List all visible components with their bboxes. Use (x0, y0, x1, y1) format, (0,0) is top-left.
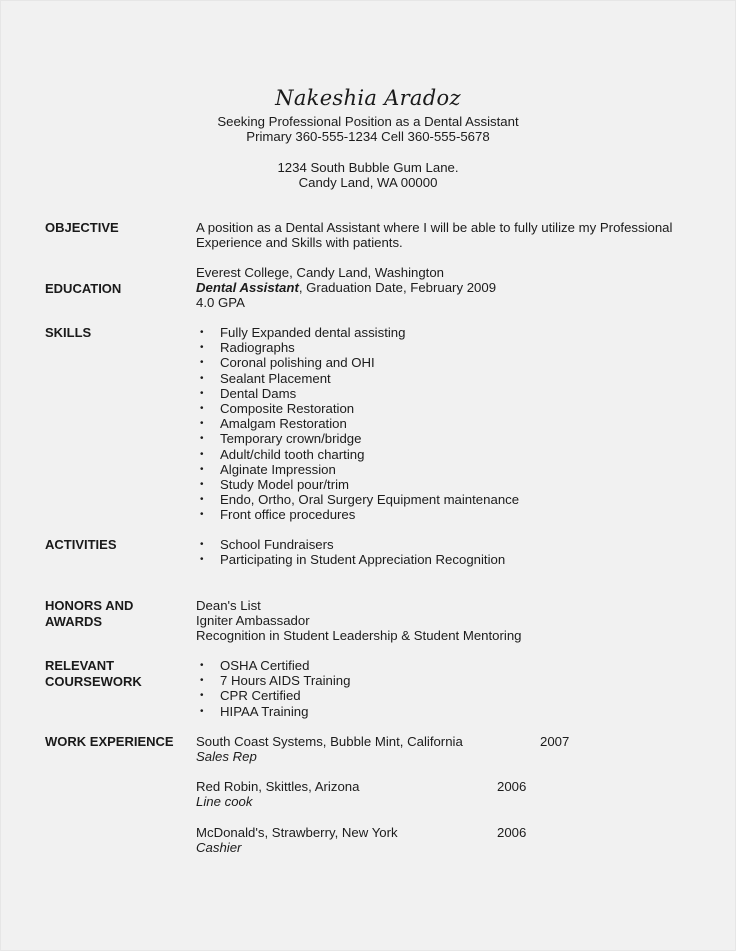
bullet-icon: • (200, 416, 204, 431)
skill-item: •Alginate Impression (196, 462, 519, 477)
section-label-work-experience: WORK EXPERIENCE (45, 734, 174, 750)
job-employer: McDonald's, Strawberry, New York (196, 825, 398, 840)
bullet-icon: • (200, 401, 204, 416)
skill-item: •Dental Dams (196, 386, 519, 401)
bullet-icon: • (200, 477, 204, 492)
skill-item-text: Coronal polishing and OHI (220, 355, 375, 370)
coursework-item-text: HIPAA Training (220, 704, 308, 719)
bullet-icon: • (200, 704, 204, 719)
bullet-icon: • (200, 462, 204, 477)
activity-item-text: School Fundraisers (220, 537, 334, 552)
skill-item-text: Dental Dams (220, 386, 296, 401)
honor-item: Dean's List (196, 598, 522, 613)
skills-list: •Fully Expanded dental assisting•Radiogr… (196, 325, 519, 523)
bullet-icon: • (200, 340, 204, 355)
bullet-icon: • (200, 552, 204, 567)
bullet-icon: • (200, 371, 204, 386)
bullet-icon: • (200, 492, 204, 507)
skill-item: •Study Model pour/trim (196, 477, 519, 492)
phone-numbers: Primary 360-555-1234 Cell 360-555-5678 (0, 129, 736, 144)
objective-line: Experience and Skills with patients. (196, 235, 672, 250)
bullet-icon: • (200, 447, 204, 462)
bullet-icon: • (200, 507, 204, 522)
activities-list: •School Fundraisers•Participating in Stu… (196, 537, 505, 567)
coursework-item-text: 7 Hours AIDS Training (220, 673, 350, 688)
job-entry: Red Robin, Skittles, Arizona Line cook (196, 779, 359, 809)
education-graduation: , Graduation Date, February 2009 (299, 280, 496, 295)
skill-item: •Fully Expanded dental assisting (196, 325, 519, 340)
skill-item: •Coronal polishing and OHI (196, 355, 519, 370)
address-line-2: Candy Land, WA 00000 (0, 175, 736, 190)
skill-item: •Amalgam Restoration (196, 416, 519, 431)
skill-item-text: Front office procedures (220, 507, 355, 522)
coursework-list: •OSHA Certified•7 Hours AIDS Training•CP… (196, 658, 350, 719)
job-title: Line cook (196, 794, 359, 809)
honor-item: Recognition in Student Leadership & Stud… (196, 628, 522, 643)
honors-label-line-2: AWARDS (45, 614, 133, 630)
education-degree-line: Dental Assistant, Graduation Date, Febru… (196, 280, 496, 295)
job-year: 2007 (540, 734, 569, 749)
coursework-item: •7 Hours AIDS Training (196, 673, 350, 688)
skill-item: •Adult/child tooth charting (196, 447, 519, 462)
address-line-1: 1234 South Bubble Gum Lane. (0, 160, 736, 175)
section-label-skills: SKILLS (45, 325, 91, 341)
skill-item-text: Amalgam Restoration (220, 416, 347, 431)
honors-label-line-1: HONORS AND (45, 598, 133, 614)
job-employer: Red Robin, Skittles, Arizona (196, 779, 359, 794)
education-gpa: 4.0 GPA (196, 295, 496, 310)
objective-text: A position as a Dental Assistant where I… (196, 220, 672, 250)
skill-item-text: Radiographs (220, 340, 295, 355)
skill-item: •Front office procedures (196, 507, 519, 522)
coursework-item-text: CPR Certified (220, 688, 301, 703)
activity-item: •School Fundraisers (196, 537, 505, 552)
job-employer: South Coast Systems, Bubble Mint, Califo… (196, 734, 463, 749)
section-label-education: EDUCATION (45, 281, 121, 297)
skill-item-text: Sealant Placement (220, 371, 331, 386)
coursework-item-text: OSHA Certified (220, 658, 309, 673)
honor-item: Igniter Ambassador (196, 613, 522, 628)
honors-list: Dean's ListIgniter AmbassadorRecognition… (196, 598, 522, 644)
bullet-icon: • (200, 537, 204, 552)
coursework-item: •CPR Certified (196, 688, 350, 703)
skill-item-text: Endo, Ortho, Oral Surgery Equipment main… (220, 492, 519, 507)
skill-item-text: Composite Restoration (220, 401, 354, 416)
activity-item: •Participating in Student Appreciation R… (196, 552, 505, 567)
bullet-icon: • (200, 431, 204, 446)
skill-item-text: Alginate Impression (220, 462, 336, 477)
job-title: Sales Rep (196, 749, 463, 764)
education-details: Everest College, Candy Land, Washington … (196, 265, 496, 311)
coursework-label-line-2: COURSEWORK (45, 674, 142, 690)
bullet-icon: • (200, 673, 204, 688)
skill-item-text: Study Model pour/trim (220, 477, 349, 492)
job-entry: McDonald's, Strawberry, New York Cashier (196, 825, 398, 855)
bullet-icon: • (200, 355, 204, 370)
section-label-coursework: RELEVANT COURSEWORK (45, 658, 142, 690)
activity-item-text: Participating in Student Appreciation Re… (220, 552, 505, 567)
skill-item: •Temporary crown/bridge (196, 431, 519, 446)
skill-item: •Composite Restoration (196, 401, 519, 416)
job-title: Cashier (196, 840, 398, 855)
tagline: Seeking Professional Position as a Denta… (0, 114, 736, 129)
bullet-icon: • (200, 386, 204, 401)
section-label-honors: HONORS AND AWARDS (45, 598, 133, 630)
coursework-item: •HIPAA Training (196, 704, 350, 719)
skill-item: •Endo, Ortho, Oral Surgery Equipment mai… (196, 492, 519, 507)
skill-item: •Sealant Placement (196, 371, 519, 386)
applicant-name: Nakeshia Aradoz (0, 86, 736, 110)
education-degree: Dental Assistant (196, 280, 299, 295)
objective-line: A position as a Dental Assistant where I… (196, 220, 672, 235)
bullet-icon: • (200, 688, 204, 703)
bullet-icon: • (200, 325, 204, 340)
skill-item-text: Fully Expanded dental assisting (220, 325, 405, 340)
bullet-icon: • (200, 658, 204, 673)
coursework-item: •OSHA Certified (196, 658, 350, 673)
skill-item-text: Adult/child tooth charting (220, 447, 364, 462)
job-entry: South Coast Systems, Bubble Mint, Califo… (196, 734, 463, 764)
job-year: 2006 (497, 779, 526, 794)
skill-item: •Radiographs (196, 340, 519, 355)
section-label-activities: ACTIVITIES (45, 537, 117, 553)
education-school: Everest College, Candy Land, Washington (196, 265, 496, 280)
coursework-label-line-1: RELEVANT (45, 658, 142, 674)
section-label-objective: OBJECTIVE (45, 220, 119, 236)
job-year: 2006 (497, 825, 526, 840)
skill-item-text: Temporary crown/bridge (220, 431, 361, 446)
